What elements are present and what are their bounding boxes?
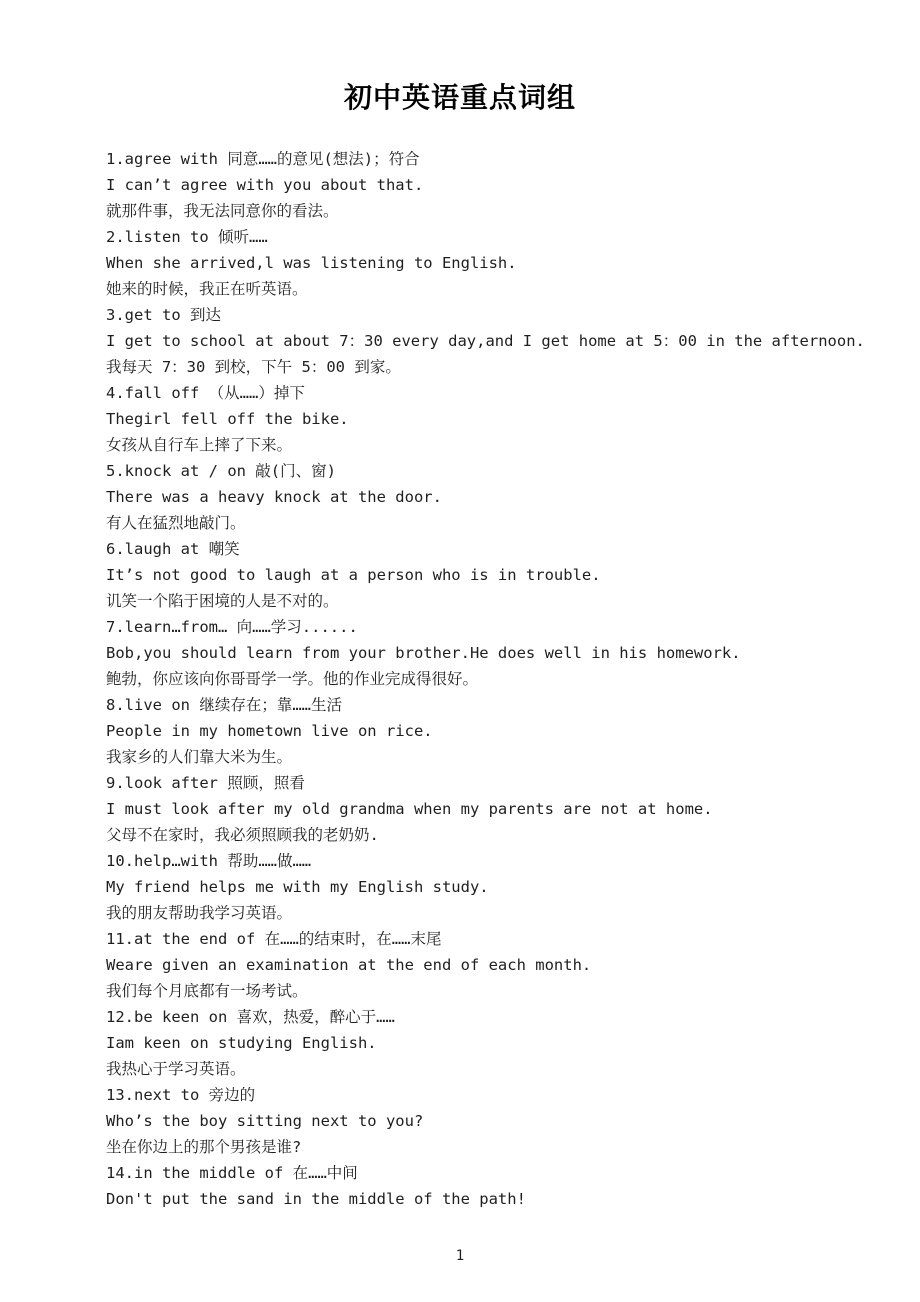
phrase-entry: 4.fall off （从……）掉下 Thegirl fell off the … [106,380,896,458]
phrase-entry: 13.next to 旁边的 Who’s the boy sitting nex… [106,1082,896,1160]
example-sentence: Bob,you should learn from your brother.H… [106,640,896,666]
chinese-translation: 女孩从自行车上摔了下来。 [106,432,896,458]
example-sentence: There was a heavy knock at the door. [106,484,896,510]
example-sentence: Don't put the sand in the middle of the … [106,1186,896,1212]
example-sentence: I can’t agree with you about that. [106,172,896,198]
phrase-headline: 9.look after 照顾，照看 [106,770,896,796]
chinese-translation: 坐在你边上的那个男孩是谁? [106,1134,896,1160]
chinese-translation: 我家乡的人们靠大米为生。 [106,744,896,770]
phrase-headline: 13.next to 旁边的 [106,1082,896,1108]
phrase-headline: 11.at the end of 在……的结束时，在……末尾 [106,926,896,952]
chinese-translation: 我们每个月底都有一场考试。 [106,978,896,1004]
chinese-translation: 讥笑一个陷于困境的人是不对的。 [106,588,896,614]
phrase-headline: 6.laugh at 嘲笑 [106,536,896,562]
chinese-translation: 父母不在家时，我必须照顾我的老奶奶. [106,822,896,848]
chinese-translation: 我每天 7：30 到校，下午 5：00 到家。 [106,354,896,380]
example-sentence: Who’s the boy sitting next to you? [106,1108,896,1134]
page-number: 1 [0,1248,920,1264]
phrase-headline: 8.live on 继续存在；靠……生活 [106,692,896,718]
chinese-translation: 就那件事，我无法同意你的看法。 [106,198,896,224]
phrase-headline: 3.get to 到达 [106,302,896,328]
phrase-entry: 9.look after 照顾，照看 I must look after my … [106,770,896,848]
example-sentence: I get to school at about 7：30 every day,… [106,328,896,354]
document-title: 初中英语重点词组 [0,76,920,116]
phrase-entry: 7.learn…from… 向……学习...... Bob,you should… [106,614,896,692]
example-sentence: My friend helps me with my English study… [106,874,896,900]
phrase-headline: 12.be keen on 喜欢，热爱，醉心于…… [106,1004,896,1030]
example-sentence: It’s not good to laugh at a person who i… [106,562,896,588]
phrase-headline: 4.fall off （从……）掉下 [106,380,896,406]
example-sentence: I must look after my old grandma when my… [106,796,896,822]
phrase-entry: 14.in the middle of 在……中间 Don't put the … [106,1160,896,1212]
phrase-headline: 2.listen to 倾听…… [106,224,896,250]
example-sentence: Weare given an examination at the end of… [106,952,896,978]
phrase-headline: 10.help…with 帮助……做…… [106,848,896,874]
example-sentence: Thegirl fell off the bike. [106,406,896,432]
phrase-entry: 5.knock at / on 敲(门、窗) There was a heavy… [106,458,896,536]
chinese-translation: 我的朋友帮助我学习英语。 [106,900,896,926]
phrase-headline: 7.learn…from… 向……学习...... [106,614,896,640]
phrase-headline: 1.agree with 同意……的意见(想法)；符合 [106,146,896,172]
chinese-translation: 她来的时候，我正在听英语。 [106,276,896,302]
example-sentence: Iam keen on studying English. [106,1030,896,1056]
chinese-translation: 我热心于学习英语。 [106,1056,896,1082]
phrase-headline: 14.in the middle of 在……中间 [106,1160,896,1186]
chinese-translation: 鲍勃，你应该向你哥哥学一学。他的作业完成得很好。 [106,666,896,692]
phrase-entry: 2.listen to 倾听…… When she arrived,l was … [106,224,896,302]
phrase-entry: 3.get to 到达 I get to school at about 7：3… [106,302,896,380]
phrase-entry: 11.at the end of 在……的结束时，在……末尾 Weare giv… [106,926,896,1004]
phrase-headline: 5.knock at / on 敲(门、窗) [106,458,896,484]
phrase-entry: 6.laugh at 嘲笑 It’s not good to laugh at … [106,536,896,614]
example-sentence: When she arrived,l was listening to Engl… [106,250,896,276]
phrase-entry: 10.help…with 帮助……做…… My friend helps me … [106,848,896,926]
example-sentence: People in my hometown live on rice. [106,718,896,744]
document-body: 1.agree with 同意……的意见(想法)；符合 I can’t agre… [106,146,896,1212]
phrase-entry: 12.be keen on 喜欢，热爱，醉心于…… Iam keen on st… [106,1004,896,1082]
phrase-entry: 8.live on 继续存在；靠……生活 People in my hometo… [106,692,896,770]
chinese-translation: 有人在猛烈地敲门。 [106,510,896,536]
document-page: 初中英语重点词组 1.agree with 同意……的意见(想法)；符合 I c… [0,0,920,1302]
phrase-entry: 1.agree with 同意……的意见(想法)；符合 I can’t agre… [106,146,896,224]
